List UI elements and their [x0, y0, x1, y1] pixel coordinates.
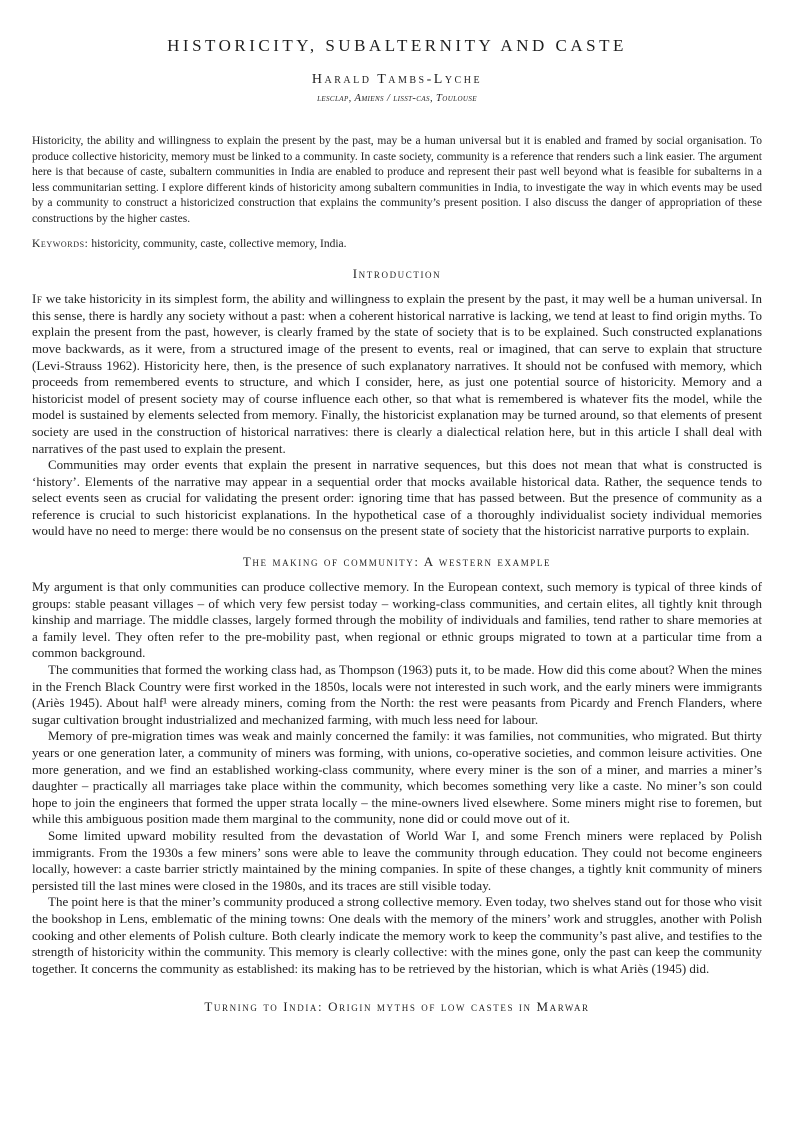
page-title: HISTORICITY, SUBALTERNITY AND CASTE — [32, 36, 762, 56]
paragraph-text: we take historicity in its simplest form… — [32, 291, 762, 455]
intro-paragraph-1: If we take historicity in its simplest f… — [32, 291, 762, 457]
keywords-text: historicity, community, caste, collectiv… — [88, 238, 346, 250]
section-heading-making-of-community: The making of community: A western examp… — [32, 554, 762, 570]
keywords-label: Keywords: — [32, 238, 88, 250]
author-name: Harald Tambs-Lyche — [32, 72, 762, 88]
keywords-line: Keywords: historicity, community, caste,… — [32, 237, 762, 253]
intro-paragraph-2: Communities may order events that explai… — [32, 457, 762, 540]
section-heading-turning-to-india: Turning to India: Origin myths of low ca… — [32, 999, 762, 1015]
author-affiliation: lesclap, Amiens / lisst-cas, Toulouse — [32, 93, 762, 104]
community-paragraph-3: Memory of pre-migration times was weak a… — [32, 728, 762, 828]
community-paragraph-1: My argument is that only communities can… — [32, 579, 762, 662]
community-paragraph-5: The point here is that the miner’s commu… — [32, 894, 762, 977]
community-paragraph-4: Some limited upward mobility resulted fr… — [32, 828, 762, 894]
community-paragraph-2: The communities that formed the working … — [32, 662, 762, 728]
abstract-text: Historicity, the ability and willingness… — [32, 134, 762, 228]
document-page: HISTORICITY, SUBALTERNITY AND CASTE Hara… — [0, 0, 794, 1123]
paragraph-lead-smallcaps: If — [32, 291, 43, 306]
section-heading-introduction: Introduction — [32, 266, 762, 282]
